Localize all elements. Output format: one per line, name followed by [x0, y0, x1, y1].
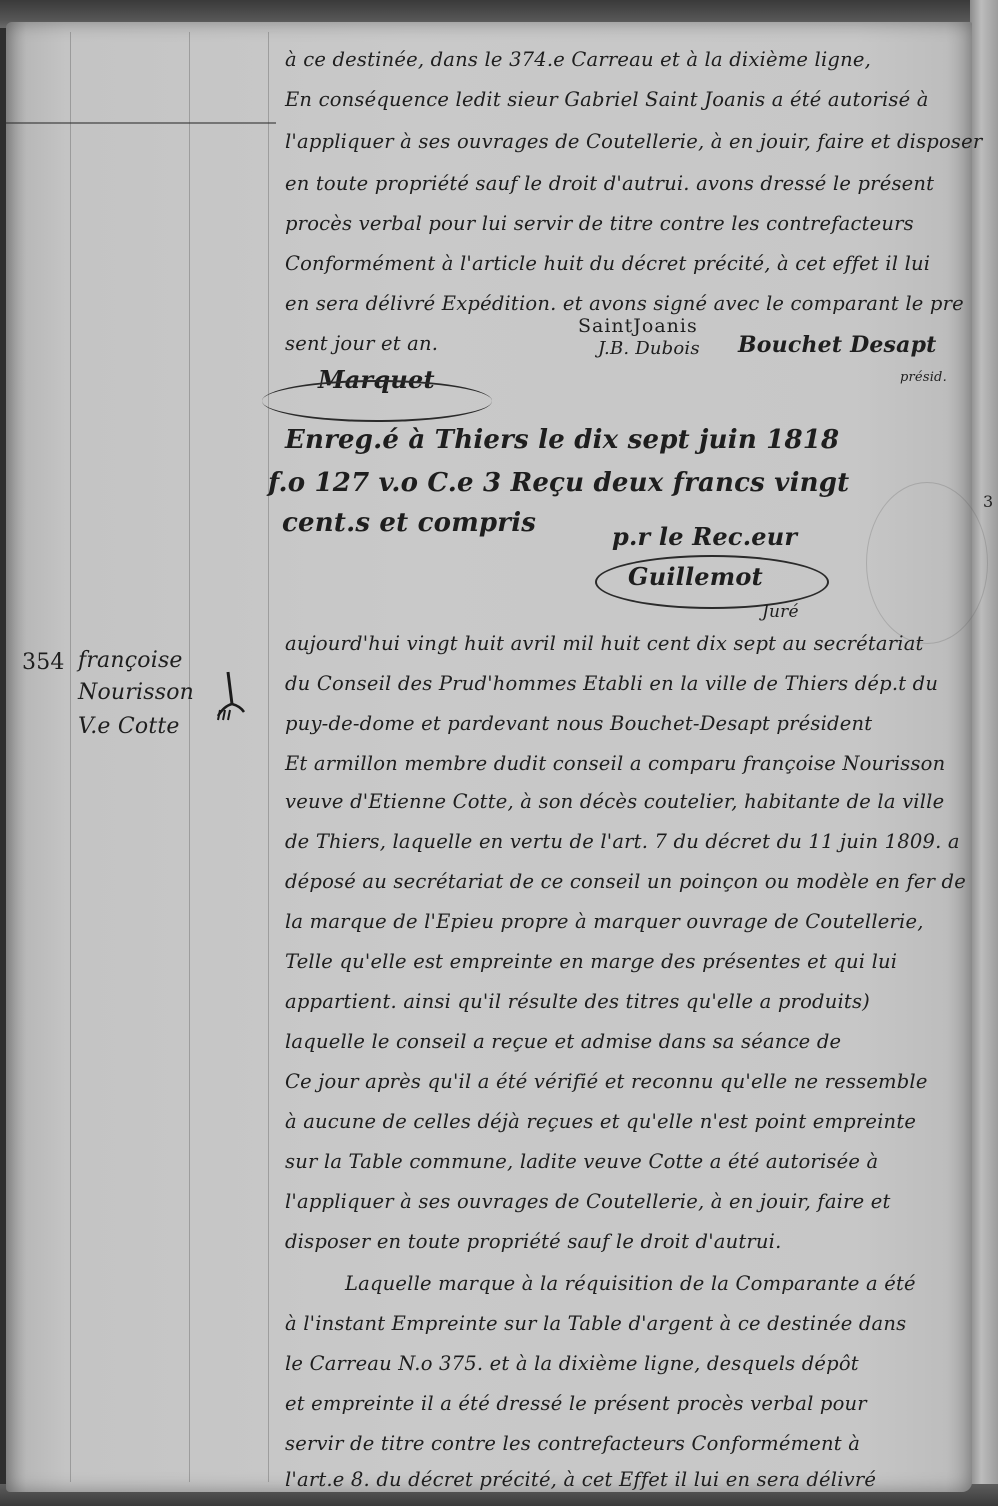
text-line: la marque de l'Epieu propre à marquer ou… — [285, 910, 924, 933]
receiver-signature: Guillemot — [628, 562, 763, 591]
text-line: disposer en toute propriété sauf le droi… — [285, 1230, 782, 1253]
text-line: à ce destinée, dans le 374.e Carreau et … — [285, 48, 871, 71]
president-title: présid. — [900, 370, 947, 385]
text-line: déposé au secrétariat de ce conseil un p… — [285, 870, 966, 893]
text-line: Conformément à l'article huit du décret … — [285, 252, 930, 275]
signature-flourish — [262, 380, 492, 422]
registration-line: f.o 127 v.o C.e 3 Reçu deux francs vingt — [268, 468, 849, 498]
entry-number: 354 — [22, 650, 65, 675]
text-line: appartient. ainsi qu'il résulte des titr… — [285, 990, 870, 1013]
text-line: le Carreau N.o 375. et à la dixième lign… — [285, 1352, 859, 1375]
page-number: 3 — [983, 492, 993, 511]
signature-comparant: SaintJoanis — [578, 315, 698, 337]
text-line: à aucune de celles déjà reçues et qu'ell… — [285, 1110, 916, 1133]
margin-rule-2 — [189, 32, 190, 1482]
text-line: aujourd'hui vingt huit avril mil huit ce… — [285, 632, 924, 655]
text-line: En conséquence ledit sieur Gabriel Saint… — [285, 88, 929, 111]
signature-dubois: J.B. Dubois — [598, 338, 700, 359]
text-line: Et armillon membre dudit conseil a compa… — [285, 752, 945, 775]
text-line: Ce jour après qu'il a été vérifié et rec… — [285, 1070, 928, 1093]
receiver-suffix: Juré — [762, 602, 799, 622]
margin-rule-3 — [268, 32, 269, 1482]
text-line: servir de titre contre les contrefacteur… — [285, 1432, 860, 1455]
text-line: sur la Table commune, ladite veuve Cotte… — [285, 1150, 878, 1173]
text-line: l'appliquer à ses ouvrages de Coutelleri… — [285, 1190, 891, 1213]
margin-name-line: V.e Cotte — [78, 714, 180, 739]
text-line: puy-de-dome et pardevant nous Bouchet-De… — [285, 712, 872, 735]
text-line: de Thiers, laquelle en vertu de l'art. 7… — [285, 830, 960, 853]
text-line: Telle qu'elle est empreinte en marge des… — [285, 950, 897, 973]
binding-edge-right — [970, 0, 998, 1506]
faded-stamp — [866, 482, 988, 644]
text-line: à l'instant Empreinte sur la Table d'arg… — [285, 1312, 906, 1335]
text-line: et empreinte il a été dressé le présent … — [285, 1392, 867, 1415]
margin-name-line: françoise — [78, 648, 183, 673]
epieu-mark-icon — [212, 670, 248, 722]
registration-line: cent.s et compris — [282, 508, 536, 538]
signature-bouchet-desapt: Bouchet Desapt — [738, 332, 937, 358]
margin-name-line: Nourisson — [78, 680, 194, 705]
margin-divider — [6, 122, 276, 124]
registration-line: Enreg.é à Thiers le dix sept juin 1818 — [285, 425, 839, 455]
margin-rule-1 — [70, 32, 71, 1482]
text-line: l'appliquer à ses ouvrages de Coutelleri… — [285, 130, 982, 153]
text-line: procès verbal pour lui servir de titre c… — [285, 212, 914, 235]
text-line: laquelle le conseil a reçue et admise da… — [285, 1030, 841, 1053]
text-line: sent jour et an. — [285, 332, 438, 355]
text-line: l'art.e 8. du décret précité, à cet Effe… — [285, 1468, 876, 1491]
receiver-label: p.r le Rec.eur — [612, 522, 797, 551]
text-line: en sera délivré Expédition. et avons sig… — [285, 292, 964, 315]
text-line: en toute propriété sauf le droit d'autru… — [285, 172, 934, 195]
text-line: veuve d'Etienne Cotte, à son décès coute… — [285, 790, 944, 813]
text-line: du Conseil des Prud'hommes Etabli en la … — [285, 672, 938, 695]
text-line: Laquelle marque à la réquisition de la C… — [345, 1272, 916, 1295]
